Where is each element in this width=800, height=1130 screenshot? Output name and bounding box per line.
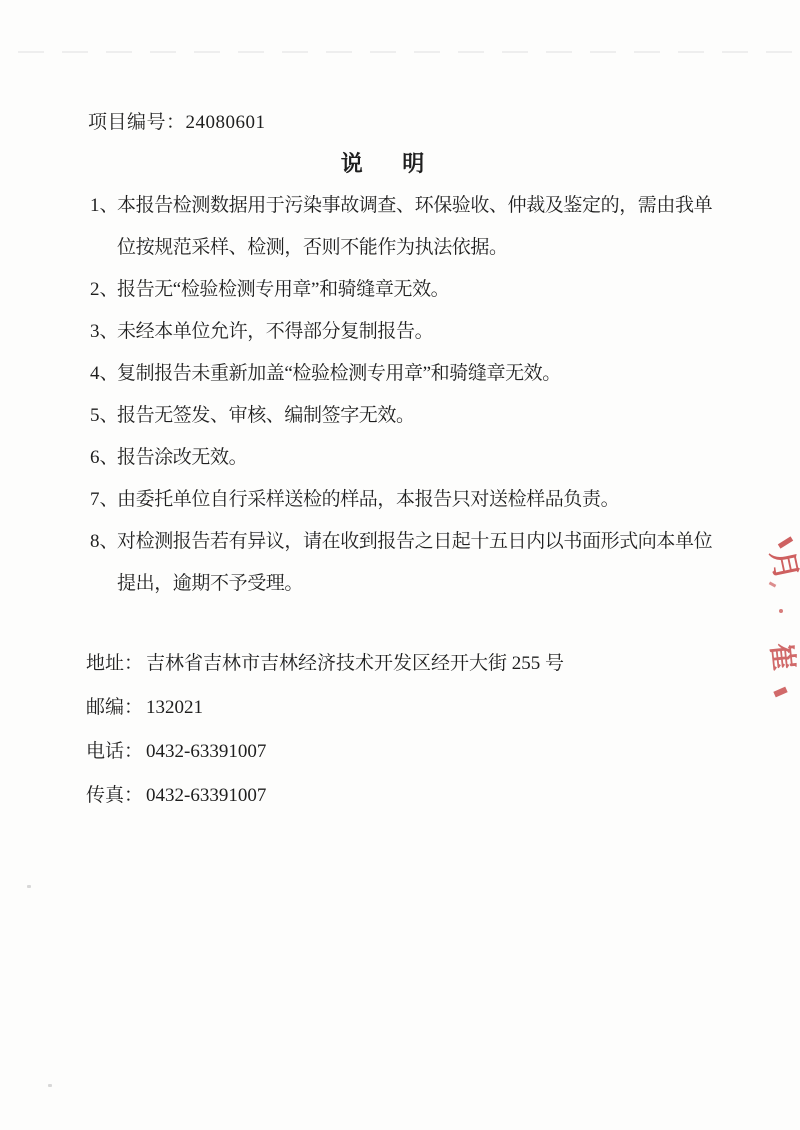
notes-list: 1、本报告检测数据用于污染事故调查、环保验收、仲裁及鉴定的，需由我单 位按规范采… <box>90 185 716 605</box>
note-item-number: 3、 <box>90 311 119 353</box>
note-item-number: 7、 <box>90 479 119 521</box>
note-item-text: 提出，逾期不予受理。 <box>90 563 716 605</box>
contact-address: 地址：吉林省吉林市吉林经济技术开发区经开大街 255 号 <box>86 642 564 686</box>
note-item: 2、报告无“检验检测专用章”和骑缝章无效。 <box>90 269 716 311</box>
contact-address-value: 吉林省吉林市吉林经济技术开发区经开大街 255 号 <box>146 653 564 674</box>
note-item-text: 报告无签发、审核、编制签字无效。 <box>117 405 415 426</box>
note-item: 3、未经本单位允许，不得部分复制报告。 <box>90 311 716 353</box>
note-item: 6、报告涂改无效。 <box>90 437 716 479</box>
project-number: 项目编号：24080601 <box>88 107 266 134</box>
note-item-number: 5、 <box>90 395 119 437</box>
stamp-glyph-icon: 月 <box>765 547 800 583</box>
project-number-label: 项目编号： <box>88 112 186 133</box>
stamp-dot-icon <box>779 609 783 613</box>
note-item: 4、复制报告未重新加盖“检验检测专用章”和骑缝章无效。 <box>90 353 716 395</box>
note-item-text: 报告无“检验检测专用章”和骑缝章无效。 <box>117 279 449 300</box>
note-item-text: 本报告检测数据用于污染事故调查、环保验收、仲裁及鉴定的，需由我单 <box>117 195 712 216</box>
note-item: 1、本报告检测数据用于污染事故调查、环保验收、仲裁及鉴定的，需由我单 位按规范采… <box>90 185 716 269</box>
contact-phone-label: 电话： <box>86 741 143 762</box>
note-item: 8、对检测报告若有异议，请在收到报告之日起十五日内以书面形式向本单位 提出，逾期… <box>90 521 716 605</box>
contact-phone-value: 0432-63391007 <box>146 741 266 762</box>
project-number-value: 24080601 <box>186 112 266 133</box>
contact-address-label: 地址： <box>86 653 143 674</box>
contact-postcode: 邮编：132021 <box>86 686 564 730</box>
scan-artifact-line <box>18 51 794 53</box>
note-item-text: 未经本单位允许，不得部分复制报告。 <box>117 321 433 342</box>
note-item-number: 8、 <box>90 521 119 563</box>
note-item-number: 4、 <box>90 353 119 395</box>
note-item: 5、报告无签发、审核、编制签字无效。 <box>90 395 716 437</box>
note-item-text: 位按规范采样、检测，否则不能作为执法依据。 <box>90 227 716 269</box>
note-item-text: 由委托单位自行采样送检的样品，本报告只对送检样品负责。 <box>117 489 619 510</box>
scan-speck <box>48 1084 52 1087</box>
note-item-number: 2、 <box>90 269 119 311</box>
stamp-stroke-icon <box>778 536 793 548</box>
contact-fax-value: 0432-63391007 <box>146 785 266 806</box>
stamp-stroke-icon <box>773 687 787 698</box>
contact-phone: 电话：0432-63391007 <box>86 730 564 774</box>
note-item-text: 复制报告未重新加盖“检验检测专用章”和骑缝章无效。 <box>117 363 561 384</box>
stamp-glyph-icon: 崔 <box>765 642 798 673</box>
scan-speck <box>27 885 31 888</box>
stamp-stroke-icon <box>769 582 777 588</box>
contact-postcode-label: 邮编： <box>86 697 143 718</box>
contact-fax-label: 传真： <box>86 785 143 806</box>
note-item: 7、由委托单位自行采样送检的样品，本报告只对送检样品负责。 <box>90 479 716 521</box>
note-item-number: 6、 <box>90 437 119 479</box>
page-title: 说 明 <box>0 147 766 178</box>
contact-fax: 传真：0432-63391007 <box>86 774 564 818</box>
note-item-number: 1、 <box>90 185 119 227</box>
note-item-text: 对检测报告若有异议，请在收到报告之日起十五日内以书面形式向本单位 <box>117 531 712 552</box>
document-page: 项目编号：24080601 说 明 1、本报告检测数据用于污染事故调查、环保验收… <box>0 0 800 1130</box>
contact-postcode-value: 132021 <box>146 697 203 718</box>
note-item-text: 报告涂改无效。 <box>117 447 247 468</box>
contact-block: 地址：吉林省吉林市吉林经济技术开发区经开大街 255 号 邮编：132021 电… <box>86 642 564 818</box>
